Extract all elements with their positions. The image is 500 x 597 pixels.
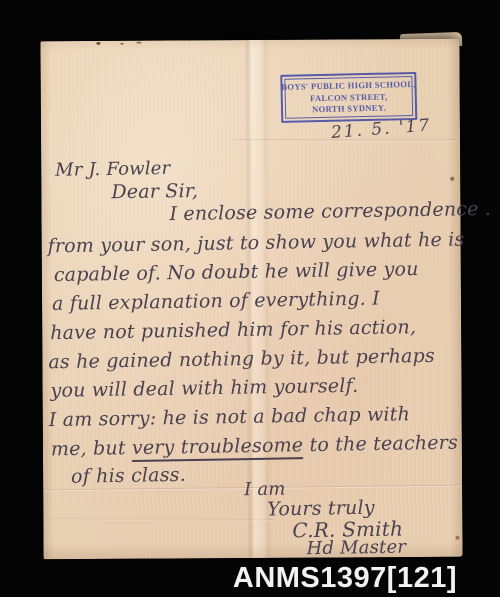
letter-line: you will deal with him yourself.	[50, 376, 358, 401]
letter-line: from your son, just to show you what he …	[48, 230, 465, 257]
school-stamp-inner-border: BOYS' PUBLIC HIGH SCHOOL, FALCON STREET,…	[284, 76, 413, 119]
paper-speck	[136, 42, 141, 44]
letter-line: a full explanation of everything. I	[52, 289, 380, 314]
closing-line: I am	[244, 480, 286, 501]
signer-title-line: Hd Master	[306, 538, 406, 560]
school-stamp: BOYS' PUBLIC HIGH SCHOOL, FALCON STREET,…	[280, 72, 417, 123]
closing-line: Yours truly	[267, 498, 375, 520]
letter-line: me, but very troublesome to the teachers	[51, 433, 458, 460]
stamp-suburb: NORTH SYDNEY.	[312, 103, 386, 115]
paper-speck	[450, 177, 454, 181]
letter-line: I am sorry: he is not a bad chap with	[49, 404, 411, 430]
underlined-phrase: very troublesome	[132, 434, 304, 462]
stamp-street: FALCON STREET,	[310, 91, 388, 103]
letter-line: capable of. No doubt he will give you	[54, 259, 419, 285]
paper-speck	[96, 42, 100, 45]
salutation-line: Dear Sir,	[111, 181, 198, 202]
letter-line-text: to the teachers	[303, 432, 458, 457]
letter-line: of his class.	[71, 465, 186, 487]
letter-paper: BOYS' PUBLIC HIGH SCHOOL, FALCON STREET,…	[40, 39, 462, 560]
letter-line-text: me, but	[51, 437, 132, 460]
letter-line: as he gained nothing by it, but perhaps	[48, 346, 435, 372]
recipient-line: Mr J. Fowler	[55, 159, 171, 181]
letter-line: I enclose some correspondence .	[169, 199, 491, 224]
paper-crease	[45, 518, 275, 520]
archive-caption: ANMS1397[121]	[233, 562, 457, 595]
stamp-school-name: BOYS' PUBLIC HIGH SCHOOL,	[281, 79, 416, 92]
letter-photograph: BOYS' PUBLIC HIGH SCHOOL, FALCON STREET,…	[0, 0, 500, 597]
paper-speck	[455, 536, 459, 540]
paper-speck	[120, 43, 123, 45]
letter-line: have not punished him for his action,	[50, 317, 416, 343]
